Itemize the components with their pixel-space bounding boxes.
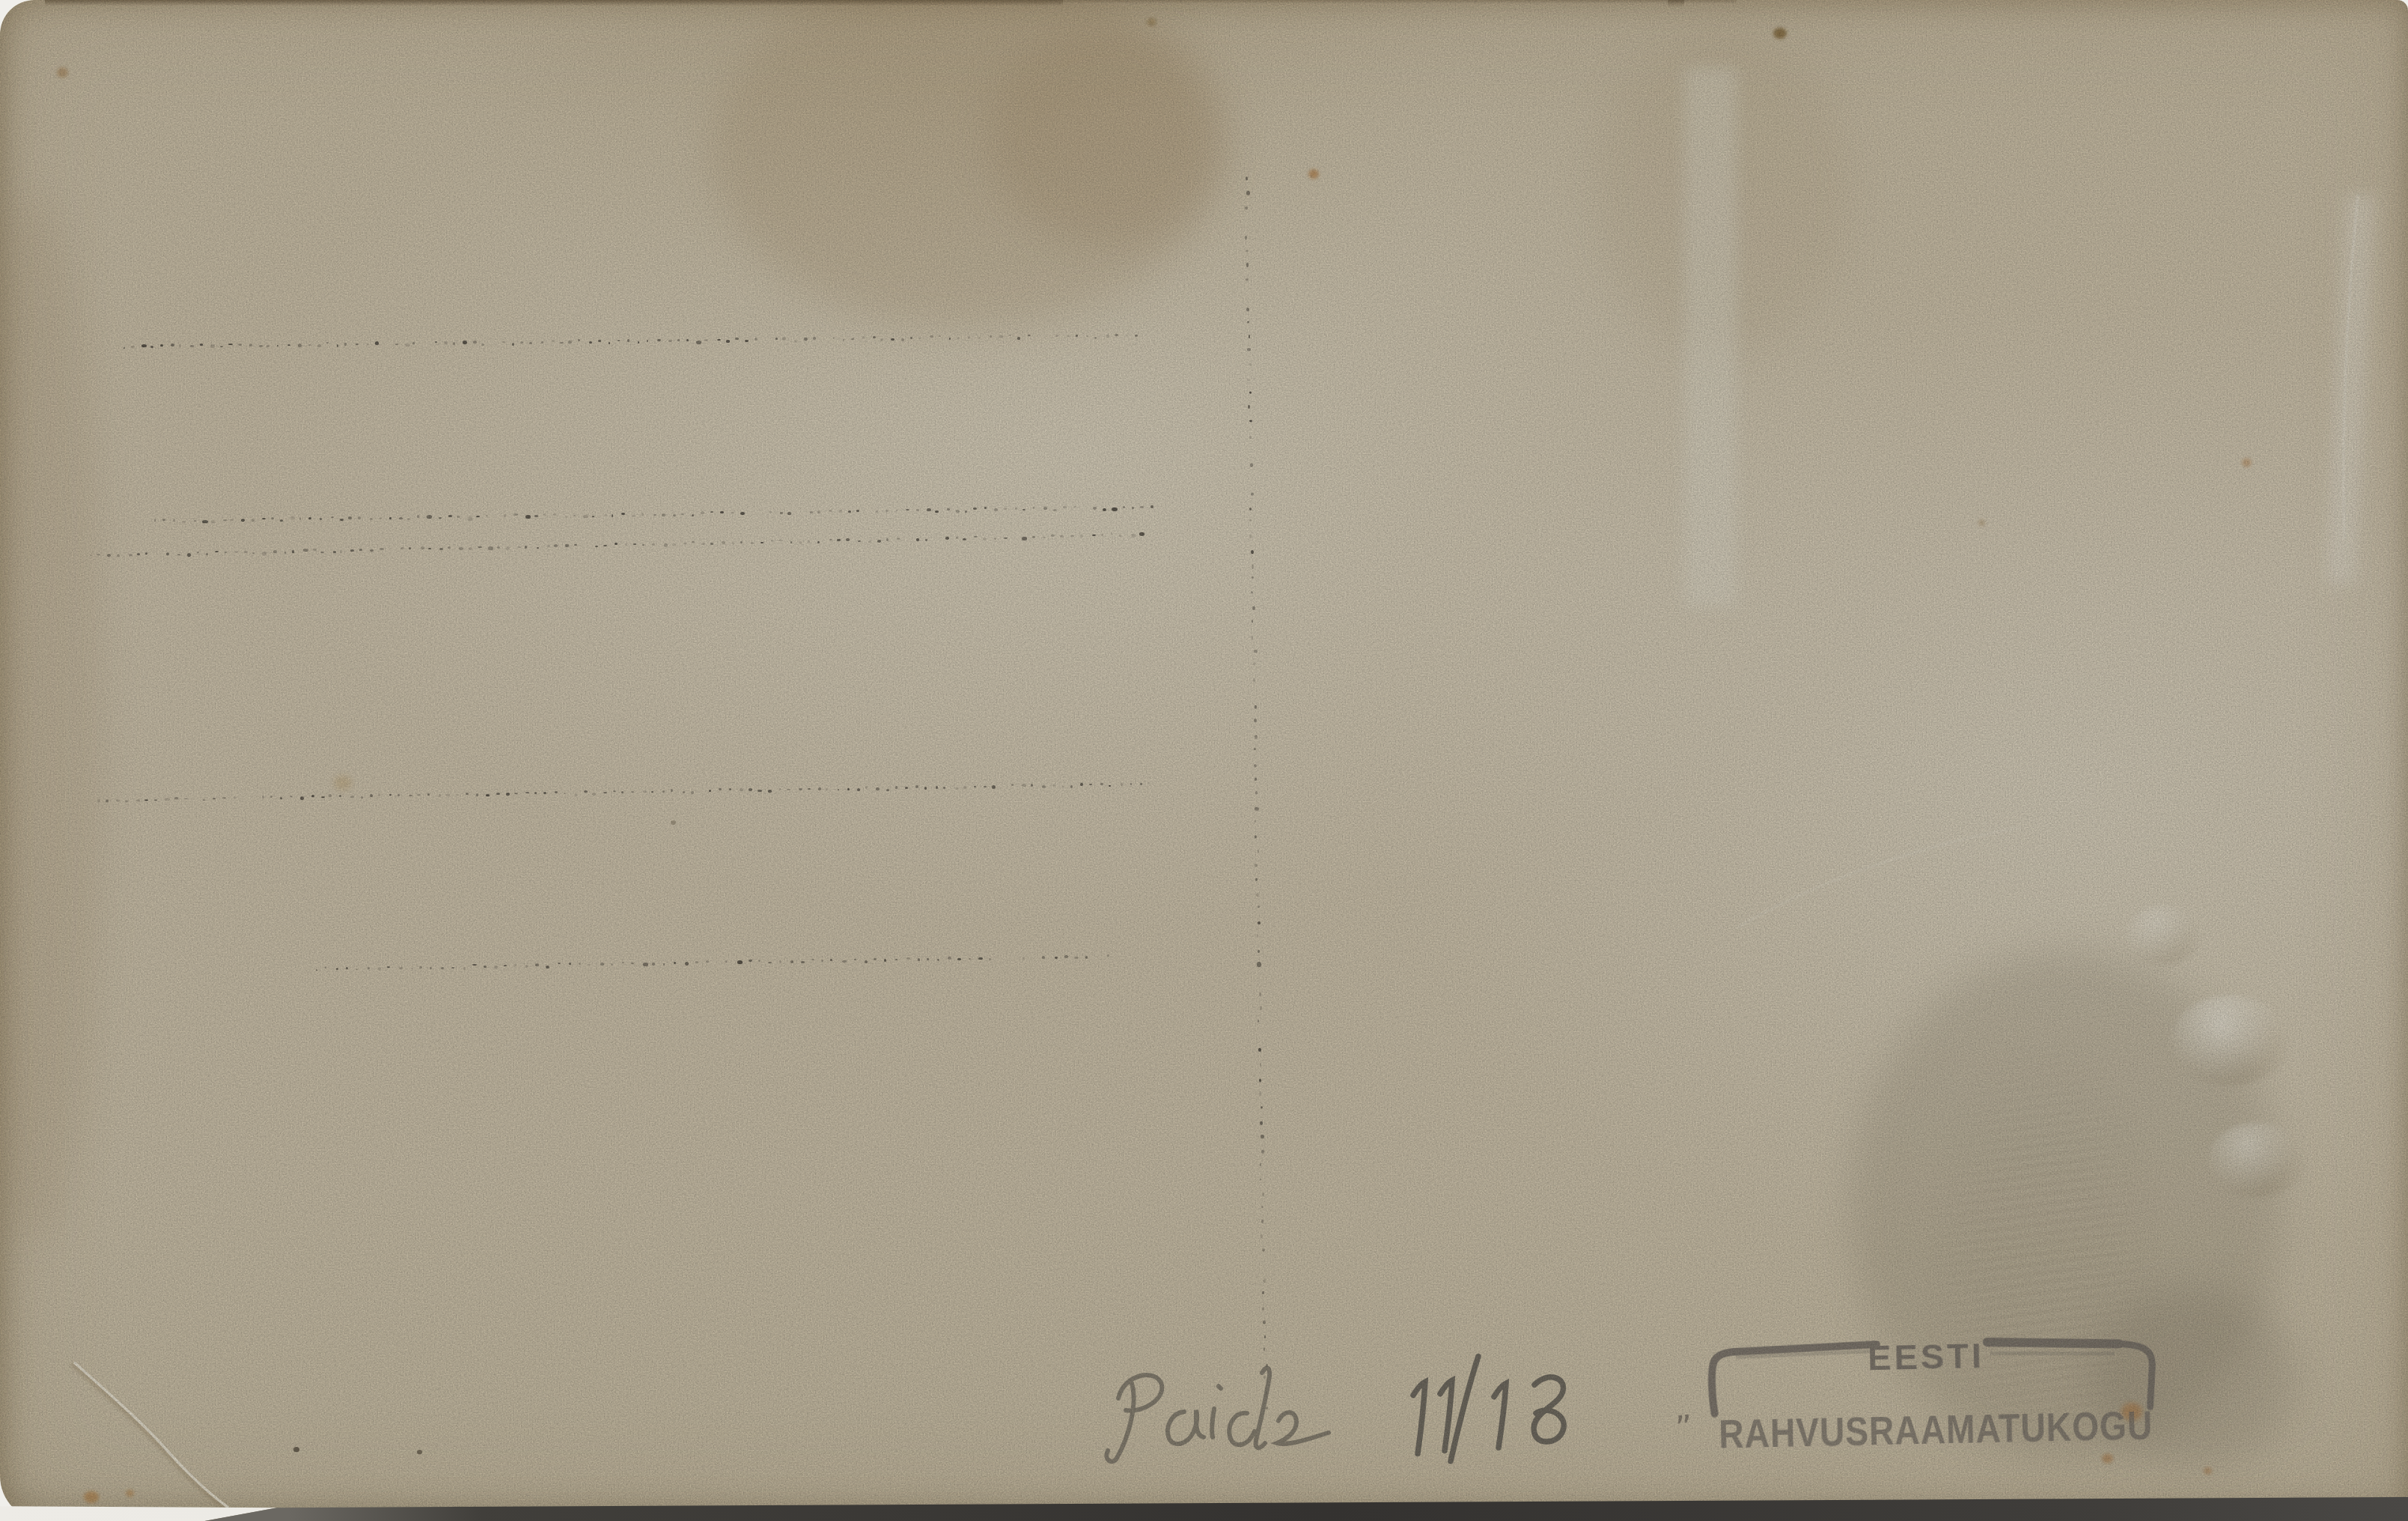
library-stamp: EESTI RAHVUSRAAMATUKOGU xyxy=(1704,1313,2198,1463)
handwriting-number xyxy=(1085,1340,1609,1505)
stamp-text-rahvusraamatukogu: RAHVUSRAAMATUKOGU xyxy=(1719,1403,2154,1457)
postcard-back: EESTI RAHVUSRAAMATUKOGU „ xyxy=(0,0,2408,1521)
stamp-text-eesti: EESTI xyxy=(1868,1335,1985,1377)
crease-lines xyxy=(0,0,2408,1521)
